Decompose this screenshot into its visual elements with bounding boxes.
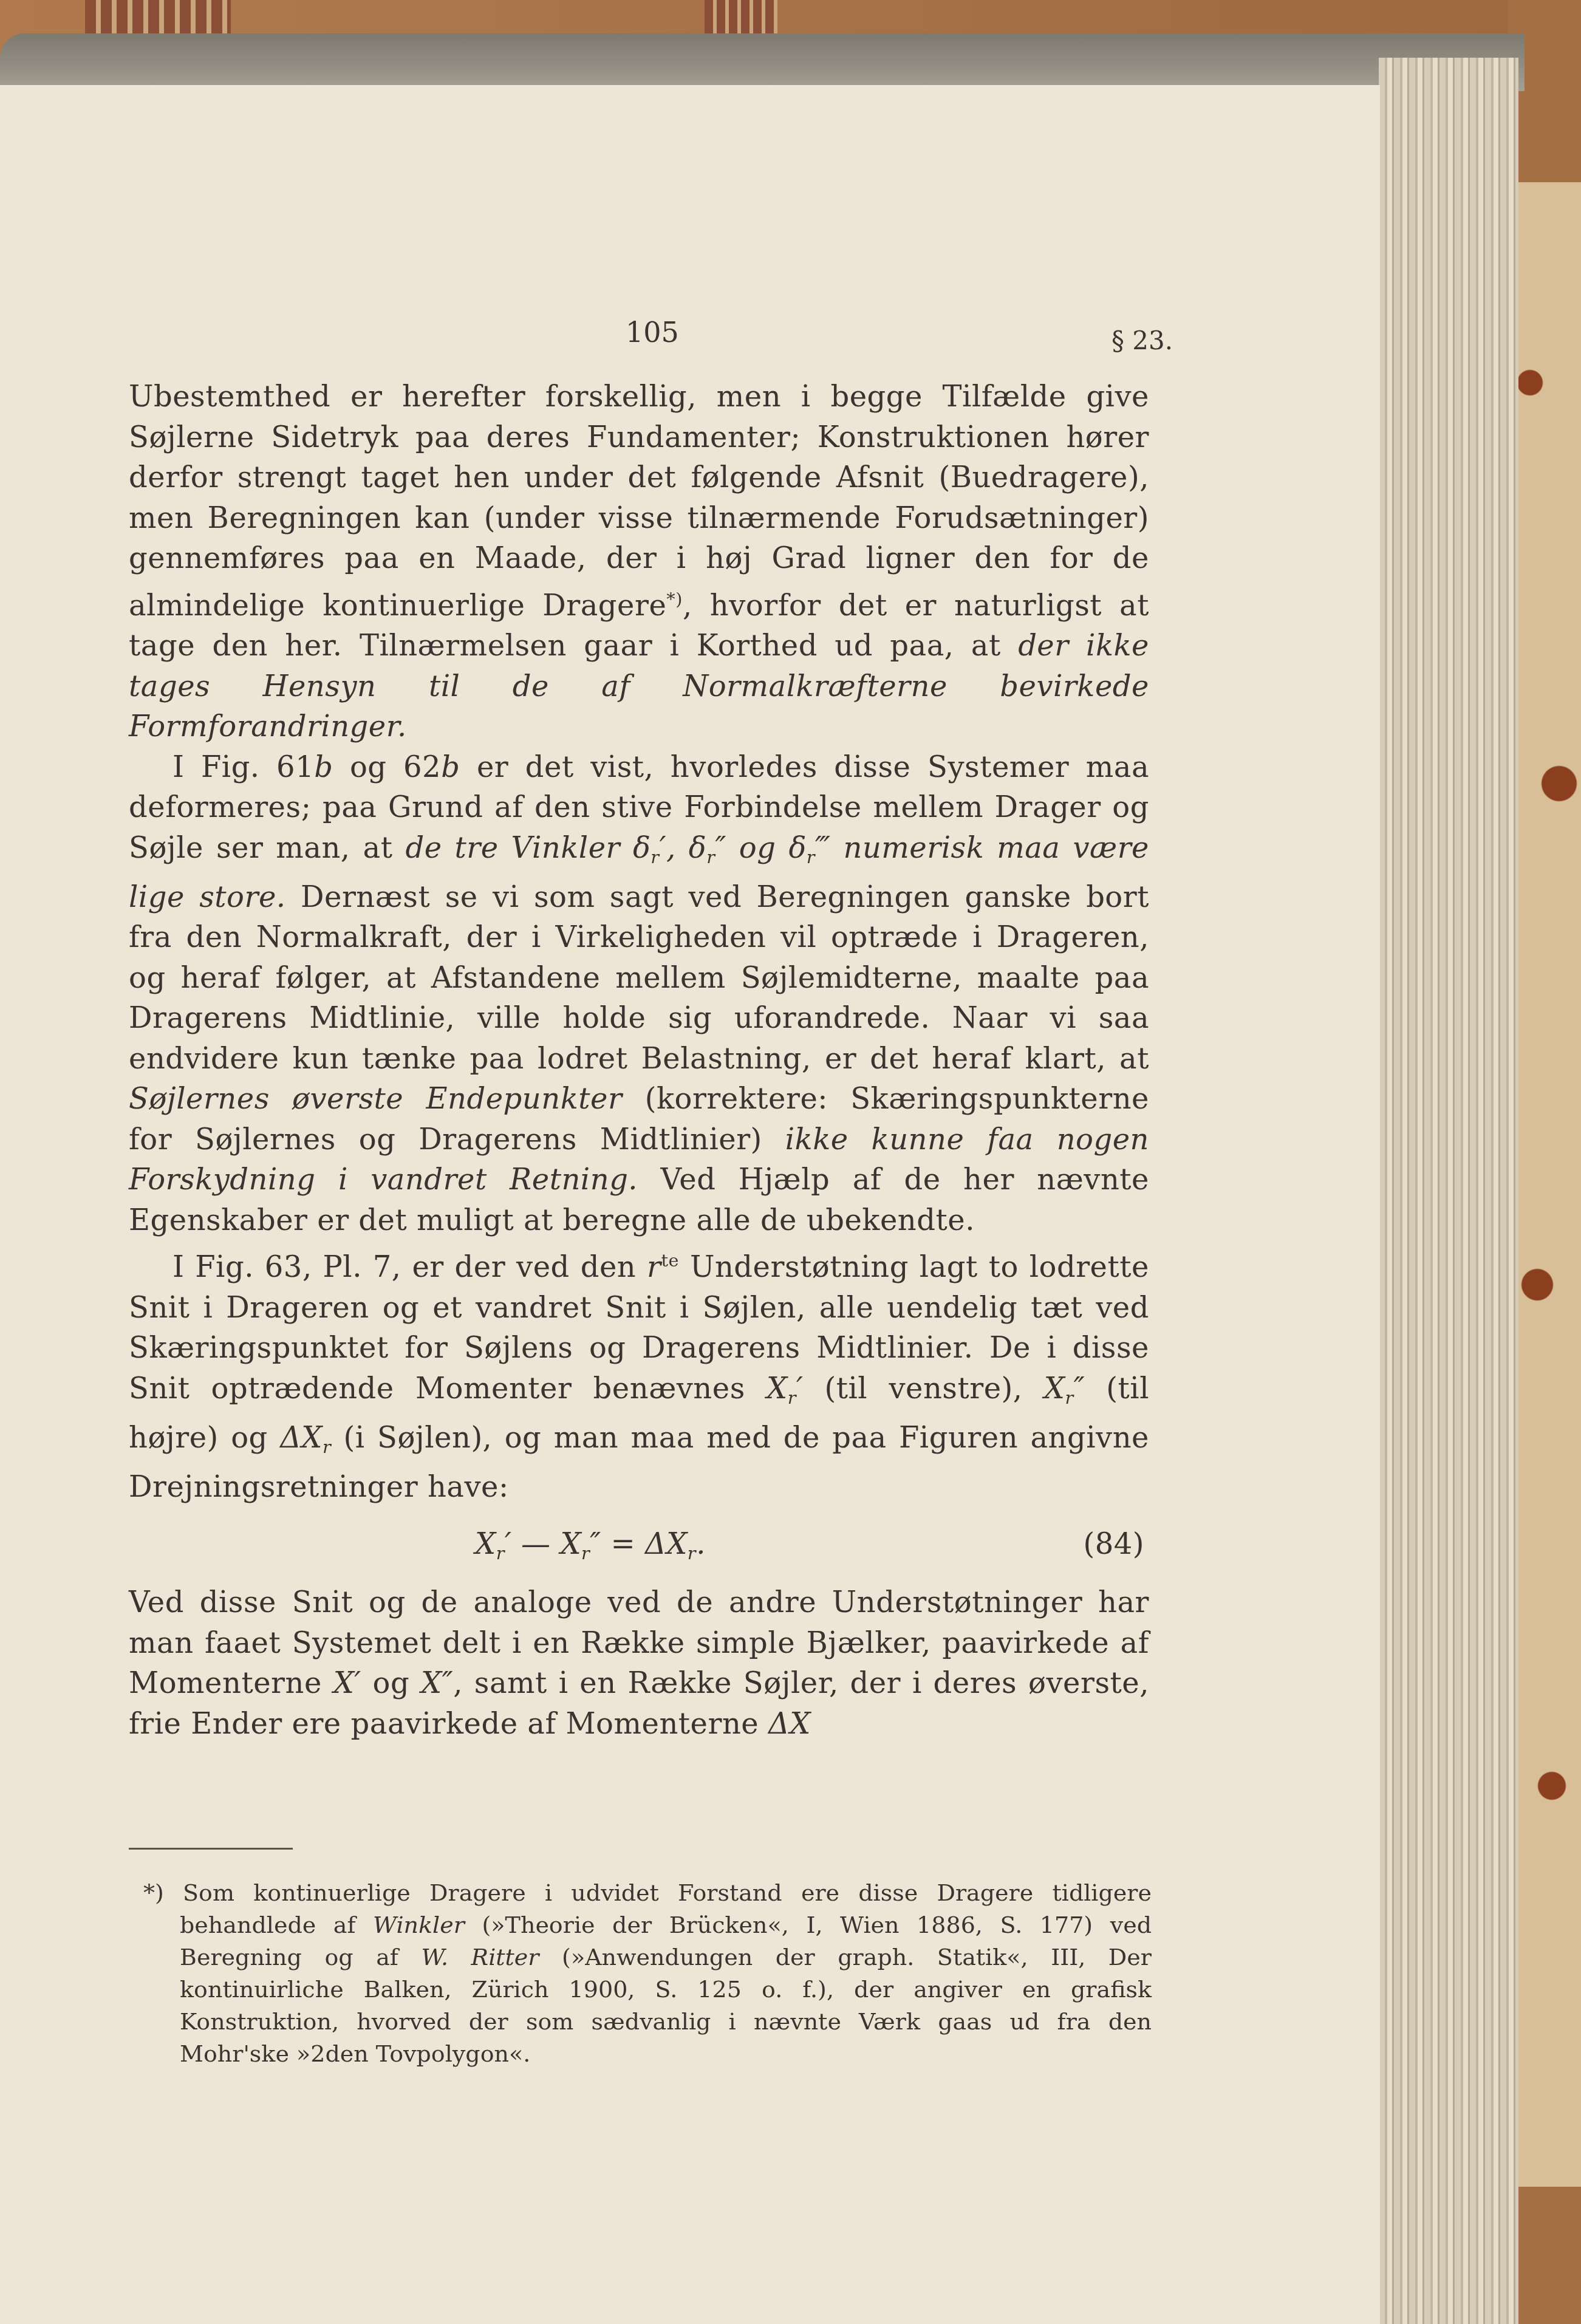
book-spine-decoration bbox=[705, 0, 777, 36]
footnote: *) Som kontinuerlige Dragere i udvidet F… bbox=[143, 1877, 1152, 2070]
page-number: 105 bbox=[626, 316, 679, 349]
page-stack-top-edge bbox=[0, 33, 1525, 91]
back-cover-edge bbox=[1508, 0, 1581, 2324]
main-text: Ubestemthed er herefter forskellig, men … bbox=[129, 377, 1149, 1744]
equation-body: Xr′ — Xr″ = ΔXr. bbox=[475, 1524, 706, 1573]
running-header: 105 § 23. bbox=[0, 316, 1380, 352]
book-spine-decoration bbox=[85, 0, 231, 36]
equation-number: (84) bbox=[1083, 1524, 1144, 1565]
marbled-paper bbox=[1508, 182, 1581, 2187]
emphasis: Søjlernes øverste Endepunkter bbox=[129, 1082, 622, 1116]
footnote-marker: *) bbox=[143, 1879, 164, 1906]
footnote-reference[interactable]: *) bbox=[666, 589, 683, 609]
paragraph: I Fig. 63, Pl. 7, er der ved den rte Und… bbox=[129, 1240, 1149, 1507]
section-number: § 23. bbox=[1111, 326, 1173, 355]
equation: Xr′ — Xr″ = ΔXr. (84) bbox=[129, 1513, 1149, 1580]
paragraph: Ubestemthed er herefter forskellig, men … bbox=[129, 377, 1149, 747]
page-stack-fore-edge bbox=[1379, 58, 1518, 2324]
paragraph: Ved disse Snit og de analoge ved de andr… bbox=[129, 1582, 1149, 1744]
paragraph: I Fig. 61b og 62b er det vist, hvorledes… bbox=[129, 747, 1149, 1241]
footnote-divider bbox=[129, 1848, 293, 1850]
